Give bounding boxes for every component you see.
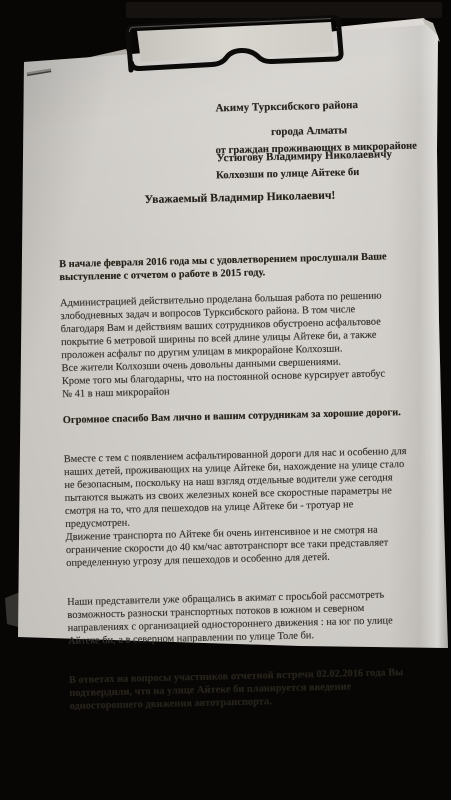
letter-content: Акиму Турксибского района города Алматы … bbox=[0, 0, 451, 800]
paragraph-administration: Администрацией действительно проделана б… bbox=[60, 288, 451, 401]
sender-line-2: Колхозши по улице Айтеке би bbox=[216, 166, 418, 183]
salutation: Уважаемый Владимир Николаевич! bbox=[145, 189, 336, 206]
sender-line-1: от граждан проживающих в микрорайоне bbox=[215, 141, 417, 158]
sender-block: от граждан проживающих в микрорайоне Кол… bbox=[215, 129, 418, 195]
letter-body: В начале февраля 2016 года мы с удовлетв… bbox=[59, 236, 451, 726]
paragraph-safety-concern: Вместе с тем с появлением асфальтированн… bbox=[64, 444, 451, 570]
paragraph-thanks-bold: Огромное спасибо Вам лично и вашим сотру… bbox=[63, 405, 451, 427]
paragraph-confirmation-bold: В ответах на вопросы участников отчетной… bbox=[69, 665, 451, 713]
paragraph-opening-bold: В начале февраля 2016 года мы с удовлетв… bbox=[59, 249, 451, 284]
paragraph-representatives: Наши представители уже обращались в аким… bbox=[67, 587, 451, 648]
recipient-line-1: Акиму Турксибского района bbox=[215, 99, 391, 116]
photo-of-letter-on-clipboard: Акиму Турксибского района города Алматы … bbox=[0, 0, 451, 800]
